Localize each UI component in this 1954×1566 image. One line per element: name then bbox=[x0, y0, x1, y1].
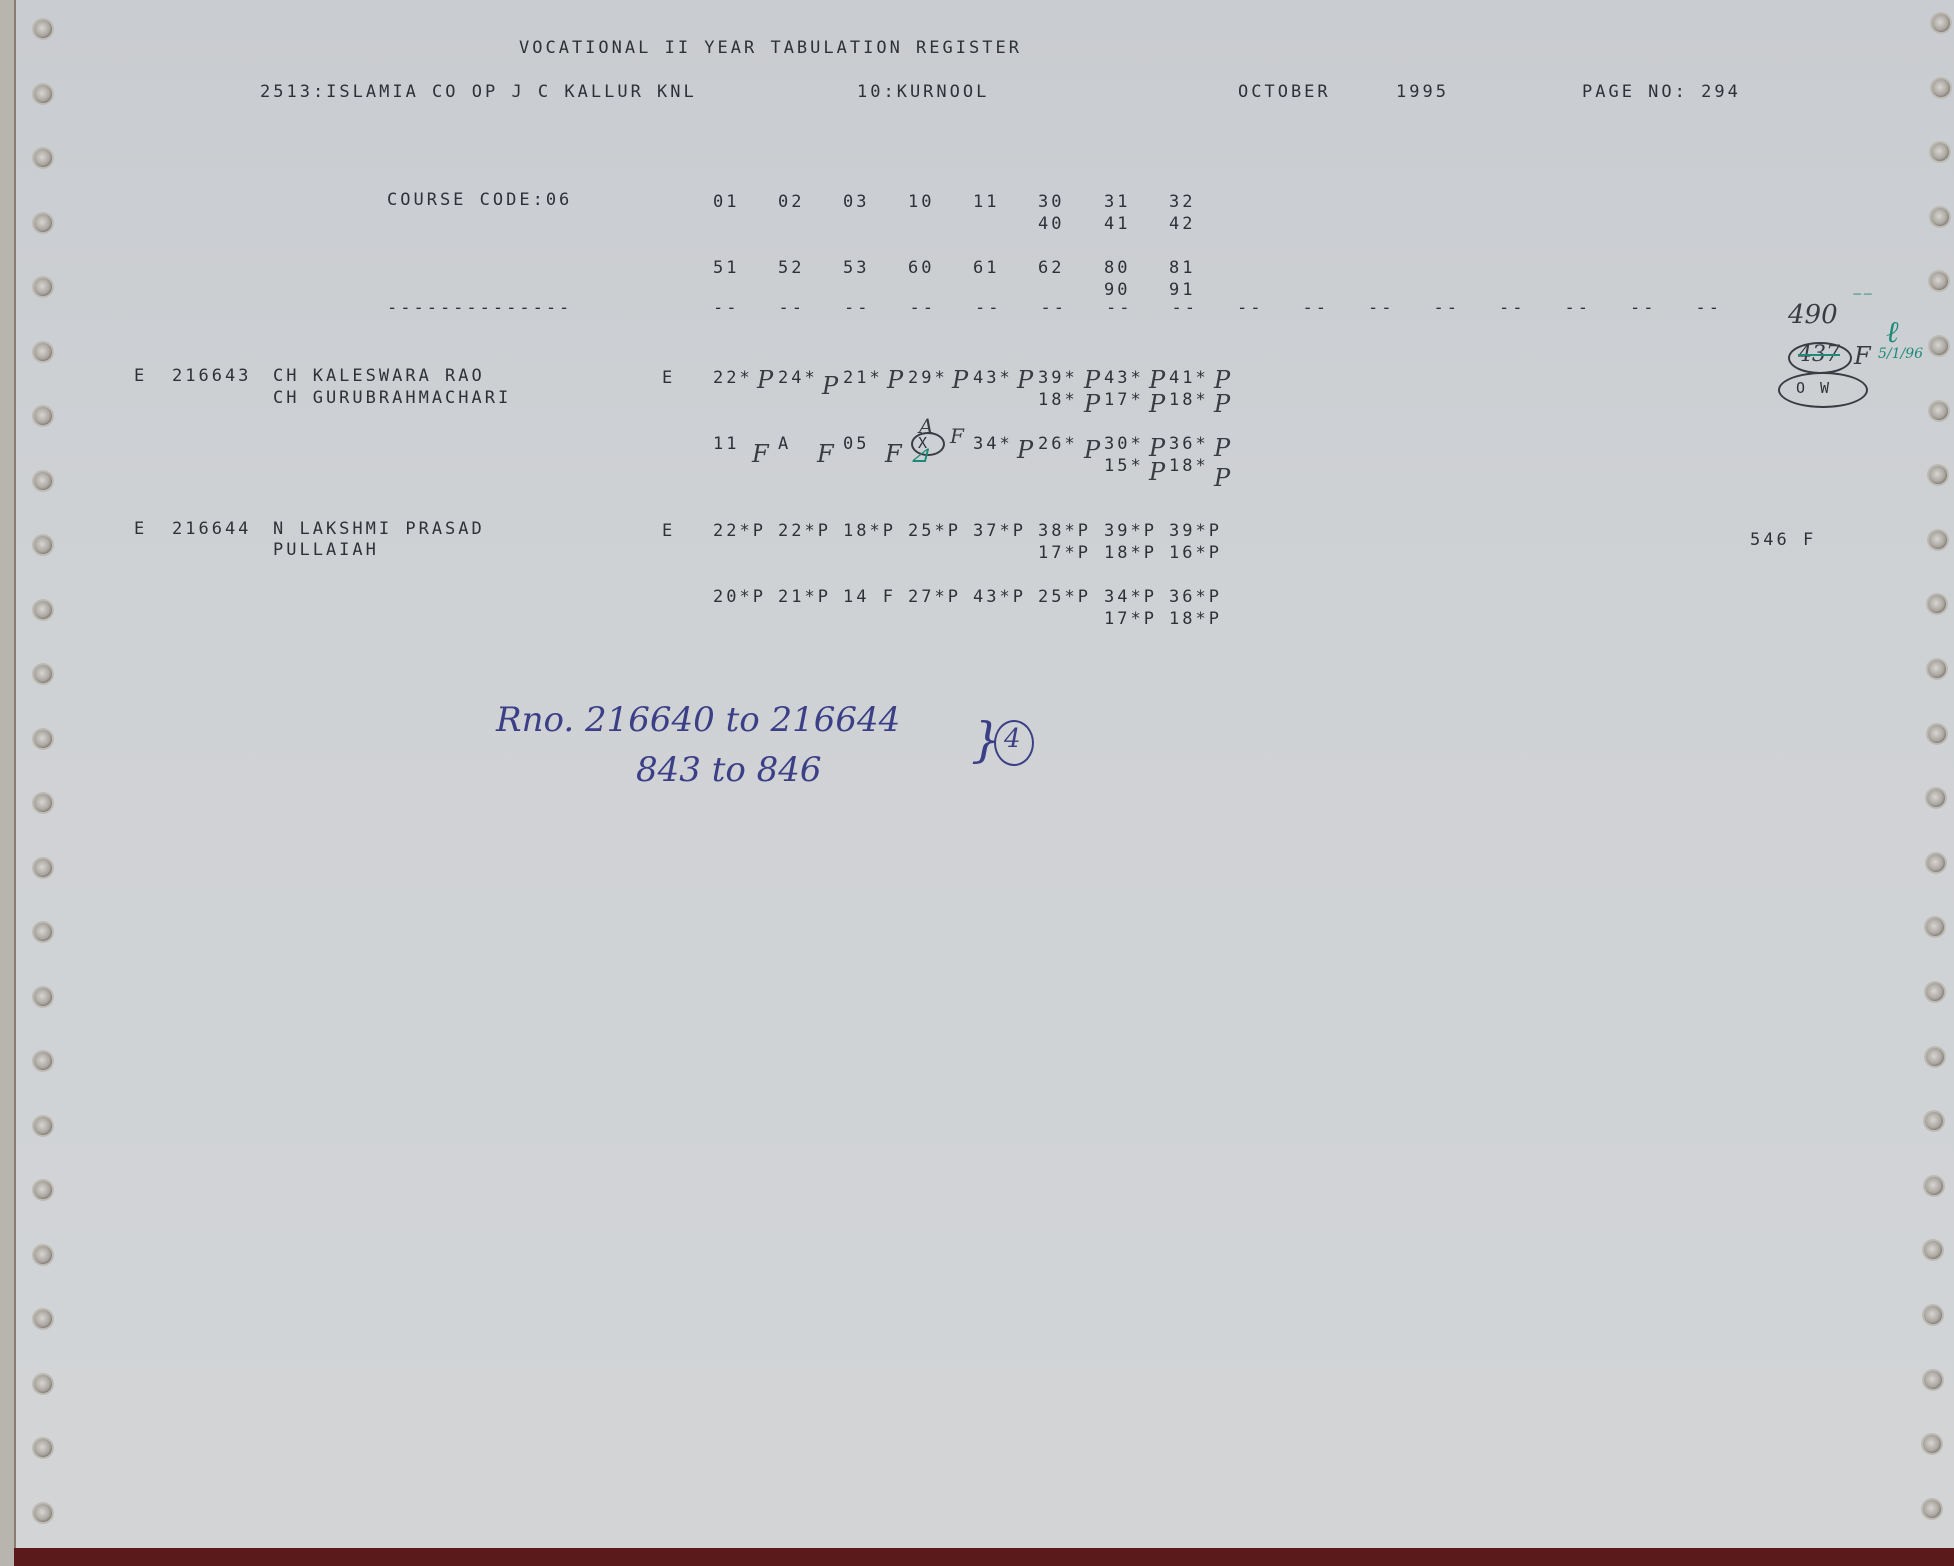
subject-code: 01 bbox=[713, 192, 739, 212]
page-number: PAGE NO: 294 bbox=[1582, 82, 1741, 102]
subject-code: 53 bbox=[843, 258, 869, 278]
punch-hole bbox=[34, 1117, 52, 1135]
exam-year: 1995 bbox=[1396, 82, 1449, 102]
handwritten-pass-mark: P bbox=[1084, 436, 1100, 464]
district: 10:KURNOOL bbox=[857, 82, 989, 102]
punch-hole bbox=[34, 794, 52, 812]
dash-cell: -- bbox=[1434, 298, 1460, 318]
struck-old-total: 437 bbox=[1798, 342, 1840, 367]
handwritten-fail-mark: F bbox=[752, 440, 769, 468]
subject-code: 60 bbox=[908, 258, 934, 278]
punch-hole bbox=[1928, 595, 1946, 613]
result-grade: F bbox=[1854, 342, 1871, 370]
dash-cell: -- bbox=[1172, 298, 1198, 318]
mark-cell: 25*P bbox=[908, 521, 961, 541]
mark-cell: 39*P bbox=[1104, 521, 1157, 541]
subject-code: 03 bbox=[843, 192, 869, 212]
mark-cell: 05 bbox=[843, 434, 869, 454]
punch-hole bbox=[1930, 337, 1948, 355]
mark-cell: 34* bbox=[973, 434, 1013, 454]
mark-cell: 36*P bbox=[1169, 587, 1222, 607]
subject-code: 10 bbox=[908, 192, 934, 212]
dash-cell: -- bbox=[713, 298, 739, 318]
punch-hole bbox=[34, 601, 52, 619]
punch-hole bbox=[34, 278, 52, 296]
mark-cell: 14 F bbox=[843, 587, 896, 607]
punch-hole bbox=[1931, 208, 1949, 226]
subject-code: 32 bbox=[1169, 192, 1195, 212]
dash-cell: -- bbox=[1237, 298, 1263, 318]
punch-hole bbox=[34, 988, 52, 1006]
punch-hole bbox=[34, 536, 52, 554]
dash-cell: -- bbox=[779, 298, 805, 318]
binder-edge bbox=[0, 0, 14, 1566]
total-result: 546 F bbox=[1750, 530, 1816, 550]
dash-cell: -- bbox=[1368, 298, 1394, 318]
punch-hole bbox=[34, 1052, 52, 1070]
mark-cell: 18*P bbox=[1104, 543, 1157, 563]
subject-code: 62 bbox=[1038, 258, 1064, 278]
dash-cell: -- bbox=[1106, 298, 1132, 318]
punch-hole bbox=[1930, 272, 1948, 290]
handwritten-pass-mark: P bbox=[1214, 390, 1230, 418]
medium-code-2: E bbox=[662, 521, 675, 541]
mark-cell: 20*P bbox=[713, 587, 766, 607]
punch-hole bbox=[34, 343, 52, 361]
punch-hole bbox=[1926, 1048, 1944, 1066]
subject-code: 11 bbox=[973, 192, 999, 212]
punch-hole bbox=[1923, 1500, 1941, 1518]
punch-hole bbox=[1932, 14, 1950, 32]
punch-hole bbox=[1923, 1435, 1941, 1453]
mark-cell: 39* bbox=[1038, 368, 1078, 388]
fail-mark: F bbox=[950, 424, 964, 448]
medium-code: E bbox=[134, 519, 147, 539]
note-line-2: 843 to 846 bbox=[636, 750, 822, 790]
subject-code: 42 bbox=[1169, 214, 1195, 234]
dash-cell: -- bbox=[910, 298, 936, 318]
course-code: COURSE CODE:06 bbox=[387, 190, 572, 210]
punch-hole bbox=[34, 1375, 52, 1393]
note-line-1: Rno. 216640 to 216644 bbox=[496, 700, 900, 740]
subject-code: 61 bbox=[973, 258, 999, 278]
result-status: O W bbox=[1796, 378, 1832, 398]
handwritten-pass-mark: P bbox=[1214, 434, 1230, 462]
mark-cell: 21* bbox=[843, 368, 883, 388]
mark-cell: 21*P bbox=[778, 587, 831, 607]
punch-hole bbox=[1927, 789, 1945, 807]
mark-cell: 18* bbox=[1169, 390, 1209, 410]
parent-name: PULLAIAH bbox=[273, 540, 379, 560]
punch-hole bbox=[34, 1310, 52, 1328]
handwritten-pass-mark: P bbox=[1214, 464, 1230, 492]
college-name: 2513:ISLAMIA CO OP J C KALLUR KNL bbox=[260, 82, 697, 102]
handwritten-fail-mark: F bbox=[885, 440, 902, 468]
medium-code-2: E bbox=[662, 368, 675, 388]
handwritten-pass-mark: P bbox=[1017, 366, 1033, 394]
teal-correction-mark: ⊿ bbox=[909, 440, 929, 468]
punch-hole bbox=[34, 214, 52, 232]
dash-cell: -- bbox=[1499, 298, 1525, 318]
roll-number: 216643 bbox=[172, 366, 251, 386]
mark-cell: 18*P bbox=[1169, 609, 1222, 629]
punch-hole bbox=[1924, 1241, 1942, 1259]
parent-name: CH GURUBRAHMACHARI bbox=[273, 388, 511, 408]
punch-hole bbox=[1926, 918, 1944, 936]
punch-hole bbox=[1930, 402, 1948, 420]
mark-cell: 38*P bbox=[1038, 521, 1091, 541]
mark-cell: 43* bbox=[973, 368, 1013, 388]
punch-hole bbox=[1927, 854, 1945, 872]
subject-code: 90 bbox=[1104, 280, 1130, 300]
handwritten-pass-mark: P bbox=[1017, 436, 1033, 464]
dash-cell: -- bbox=[1565, 298, 1591, 318]
dash-cell: -- bbox=[1041, 298, 1067, 318]
mark-cell: 16*P bbox=[1169, 543, 1222, 563]
course-underline: -------------- bbox=[387, 298, 572, 318]
mark-cell: 24* bbox=[778, 368, 818, 388]
note-count: 4 bbox=[1004, 724, 1021, 754]
dash-cell: -- bbox=[1696, 298, 1722, 318]
punch-hole bbox=[1925, 1112, 1943, 1130]
mark-cell: 17*P bbox=[1038, 543, 1091, 563]
handwritten-pass-mark: P bbox=[952, 366, 968, 394]
subject-code: 40 bbox=[1038, 214, 1064, 234]
initials-signature: ℓ bbox=[1886, 315, 1899, 350]
exam-month: OCTOBER bbox=[1238, 82, 1331, 102]
mark-cell: 29* bbox=[908, 368, 948, 388]
subject-code: 80 bbox=[1104, 258, 1130, 278]
roll-number: 216644 bbox=[172, 519, 251, 539]
subject-code: 30 bbox=[1038, 192, 1064, 212]
punch-hole bbox=[34, 20, 52, 38]
tabulation-sheet: VOCATIONAL II YEAR TABULATION REGISTER 2… bbox=[14, 0, 1954, 1548]
punch-hole bbox=[1929, 466, 1947, 484]
student-name: CH KALESWARA RAO bbox=[273, 366, 485, 386]
punch-hole bbox=[1928, 660, 1946, 678]
mark-cell: 36* bbox=[1169, 434, 1209, 454]
punch-hole bbox=[34, 407, 52, 425]
punch-hole bbox=[34, 149, 52, 167]
mark-cell: 30* bbox=[1104, 434, 1144, 454]
subject-code: 81 bbox=[1169, 258, 1195, 278]
punch-hole bbox=[1932, 79, 1950, 97]
punch-hole bbox=[34, 859, 52, 877]
mark-cell: 26* bbox=[1038, 434, 1078, 454]
dash-cell: -- bbox=[1630, 298, 1656, 318]
subject-code: 51 bbox=[713, 258, 739, 278]
mark-cell: 27*P bbox=[908, 587, 961, 607]
punch-hole bbox=[1929, 531, 1947, 549]
punch-hole bbox=[34, 923, 52, 941]
punch-hole bbox=[34, 1246, 52, 1264]
handwritten-pass-mark: P bbox=[757, 366, 773, 394]
dash-cell: -- bbox=[975, 298, 1001, 318]
medium-code: E bbox=[134, 366, 147, 386]
punch-hole bbox=[1924, 1371, 1942, 1389]
mark-cell: 43*P bbox=[973, 587, 1026, 607]
punch-hole bbox=[34, 1439, 52, 1457]
punch-hole bbox=[1931, 143, 1949, 161]
mark-cell: 41* bbox=[1169, 368, 1209, 388]
mark-cell: 15* bbox=[1104, 456, 1144, 476]
dash-cell: -- bbox=[1303, 298, 1329, 318]
mark-cell: 34*P bbox=[1104, 587, 1157, 607]
handwritten-pass-mark: P bbox=[1084, 390, 1100, 418]
mark-cell: 17*P bbox=[1104, 609, 1157, 629]
punch-hole bbox=[34, 730, 52, 748]
mark-cell: A bbox=[778, 434, 791, 454]
subject-code: 52 bbox=[778, 258, 804, 278]
mark-cell: 18* bbox=[1038, 390, 1078, 410]
mark-cell: 37*P bbox=[973, 521, 1026, 541]
mark-cell: 18*P bbox=[843, 521, 896, 541]
mark-cell: 25*P bbox=[1038, 587, 1091, 607]
dash-cell: -- bbox=[844, 298, 870, 318]
signature-date: 5/1/96 bbox=[1878, 346, 1923, 362]
punch-hole bbox=[34, 1181, 52, 1199]
mark-cell: 39*P bbox=[1169, 521, 1222, 541]
punch-hole bbox=[34, 1504, 52, 1522]
punch-hole bbox=[34, 472, 52, 490]
mark-cell: 43* bbox=[1104, 368, 1144, 388]
handwritten-pass-mark: P bbox=[822, 372, 838, 400]
mark-cell: 22*P bbox=[778, 521, 831, 541]
mark-cell: 11 bbox=[713, 434, 739, 454]
mark-cell: 18* bbox=[1169, 456, 1209, 476]
punch-hole bbox=[1928, 725, 1946, 743]
punch-hole bbox=[1924, 1306, 1942, 1324]
handwritten-new-total: 490 bbox=[1788, 300, 1838, 330]
register-title: VOCATIONAL II YEAR TABULATION REGISTER bbox=[519, 38, 1022, 58]
punch-hole bbox=[34, 85, 52, 103]
mark-cell: 22*P bbox=[713, 521, 766, 541]
student-name: N LAKSHMI PRASAD bbox=[273, 519, 485, 539]
handwritten-pass-mark: P bbox=[887, 366, 903, 394]
subject-code: 02 bbox=[778, 192, 804, 212]
handwritten-fail-mark: F bbox=[817, 440, 834, 468]
teal-tick-mark: ⁻⁻ bbox=[1852, 285, 1873, 309]
subject-code: 91 bbox=[1169, 280, 1195, 300]
mark-cell: 22* bbox=[713, 368, 753, 388]
punch-hole bbox=[34, 665, 52, 683]
handwritten-pass-mark: P bbox=[1149, 458, 1165, 486]
punch-hole bbox=[1926, 983, 1944, 1001]
punch-hole bbox=[1925, 1177, 1943, 1195]
handwritten-pass-mark: P bbox=[1149, 390, 1165, 418]
mark-cell: 17* bbox=[1104, 390, 1144, 410]
subject-code: 31 bbox=[1104, 192, 1130, 212]
subject-code: 41 bbox=[1104, 214, 1130, 234]
